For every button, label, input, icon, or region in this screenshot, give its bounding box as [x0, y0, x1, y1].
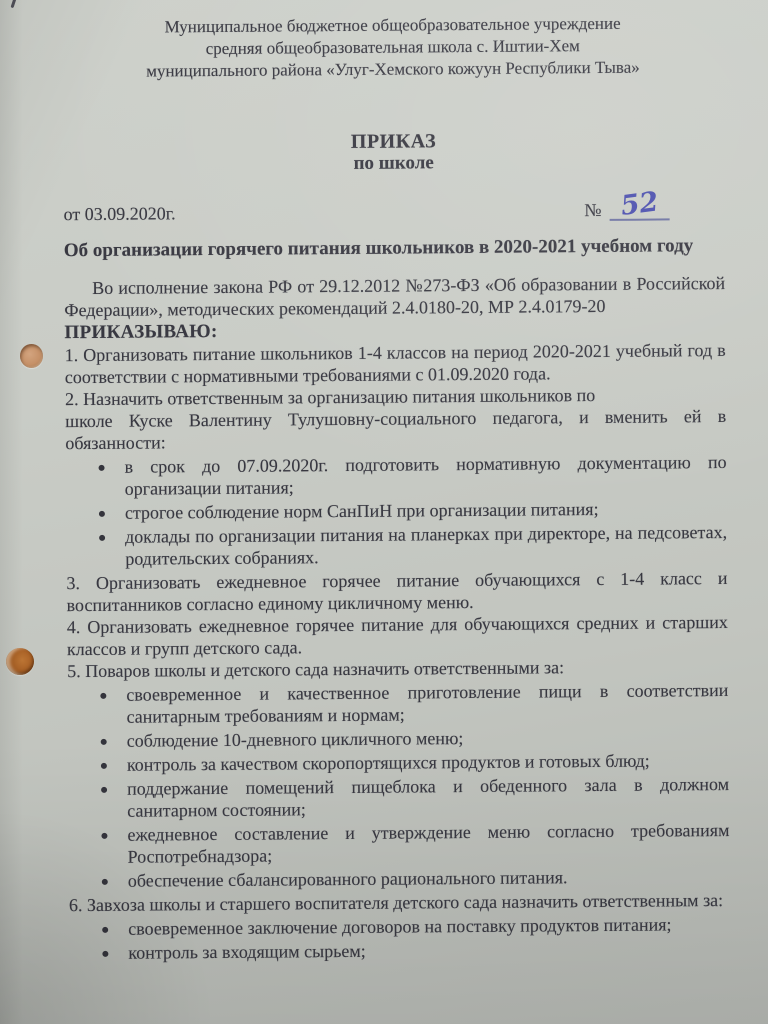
order-preamble: Во исполнение закона РФ от 29.12.2012 №2…	[64, 272, 725, 321]
list-item-text: доклады по организации питания на планер…	[125, 521, 727, 570]
order-number-handwritten: 52	[619, 188, 660, 220]
list-item-text: своевременное и качественное приготовлен…	[126, 679, 728, 728]
list-item: своевременное и качественное приготовлен…	[67, 679, 728, 728]
list-item-text: в срок до 07.09.2020г. подготовить норма…	[124, 451, 726, 500]
order-item-3: 3. Организовать ежедневное горячее питан…	[66, 567, 727, 616]
list-item-text: поддержание помещений пищеблока и обеден…	[127, 773, 729, 822]
list-item: строгое соблюдение норм СанПиН при орган…	[66, 497, 727, 524]
list-item: доклады по организации питания на планер…	[66, 521, 727, 570]
list-item: в срок до 07.09.2020г. подготовить норма…	[65, 451, 726, 500]
list-item-text: своевременное заключение договоров на по…	[128, 913, 730, 940]
list-item-text: обеспечение сбалансированного рациональн…	[128, 865, 730, 892]
order-item-6: 6. Завхоза школы и старшего воспитателя …	[69, 889, 730, 916]
list-item: поддержание помещений пищеблока и обеден…	[68, 773, 729, 822]
list-item-text: ежедневное составление и утверждение мен…	[127, 819, 729, 868]
date-number-row: от 03.09.2020г. № 52	[63, 194, 724, 225]
bullet-dot-icon	[101, 763, 107, 769]
order-item-5: 5. Поваров школы и детского сада назначи…	[67, 655, 728, 682]
list-item: соблюдение 10-дневного цикличного меню;	[68, 725, 729, 752]
list-item: обеспечение сбалансированного рациональн…	[69, 865, 730, 892]
bullet-dot-icon	[102, 879, 108, 885]
order-number-group: № 52	[584, 188, 669, 221]
pen-mark	[11, 0, 17, 8]
punch-hole-bottom	[6, 648, 34, 675]
bullet-dot-icon	[102, 927, 108, 933]
document-heading: ПРИКАЗ по школе	[63, 128, 724, 177]
list-item-text: контроль за входящим сырьем;	[128, 937, 730, 964]
bullet-dot-icon	[100, 693, 106, 699]
bullet-dot-icon	[99, 465, 105, 471]
punch-hole-top	[20, 344, 43, 368]
bullet-dot-icon	[102, 951, 108, 957]
number-underline: 52	[609, 188, 669, 220]
order-date: от 03.09.2020г.	[63, 203, 175, 225]
number-sign: №	[584, 200, 601, 221]
list-item-text: контроль за качеством скоропортящихся пр…	[127, 749, 729, 776]
list-item: контроль за входящим сырьем;	[69, 937, 730, 964]
list-item: контроль за качеством скоропортящихся пр…	[68, 749, 729, 776]
list-item: ежедневное составление и утверждение мен…	[68, 819, 729, 868]
order-item-1: 1. Организовать питание школьников 1-4 к…	[65, 339, 726, 388]
order-item-2: 2. Назначить ответственным за организаци…	[65, 383, 726, 454]
order-sheet: Муниципальное бюджетное общеобразователь…	[62, 12, 730, 966]
list-item: своевременное заключение договоров на по…	[69, 913, 730, 940]
bullet-dot-icon	[101, 787, 107, 793]
bullet-dot-icon	[101, 833, 107, 839]
order-subject: Об организации горячего питания школьник…	[64, 234, 725, 263]
order-item-4: 4. Организовать ежедневное горячее питан…	[67, 611, 728, 660]
bullet-dot-icon	[101, 739, 107, 745]
list-item-text: строгое соблюдение норм СанПиН при орган…	[125, 497, 727, 524]
institution-header: Муниципальное бюджетное общеобразователь…	[62, 12, 723, 83]
document-photo: Муниципальное бюджетное общеобразователь…	[0, 0, 768, 1024]
bullet-dot-icon	[99, 535, 105, 541]
bullet-dot-icon	[99, 511, 105, 517]
list-item-text: соблюдение 10-дневного цикличного меню;	[127, 725, 729, 752]
doc-scope-subtitle: по школе	[63, 150, 724, 177]
institution-line-3: муниципального района «Улуг-Хемского кож…	[62, 56, 723, 83]
